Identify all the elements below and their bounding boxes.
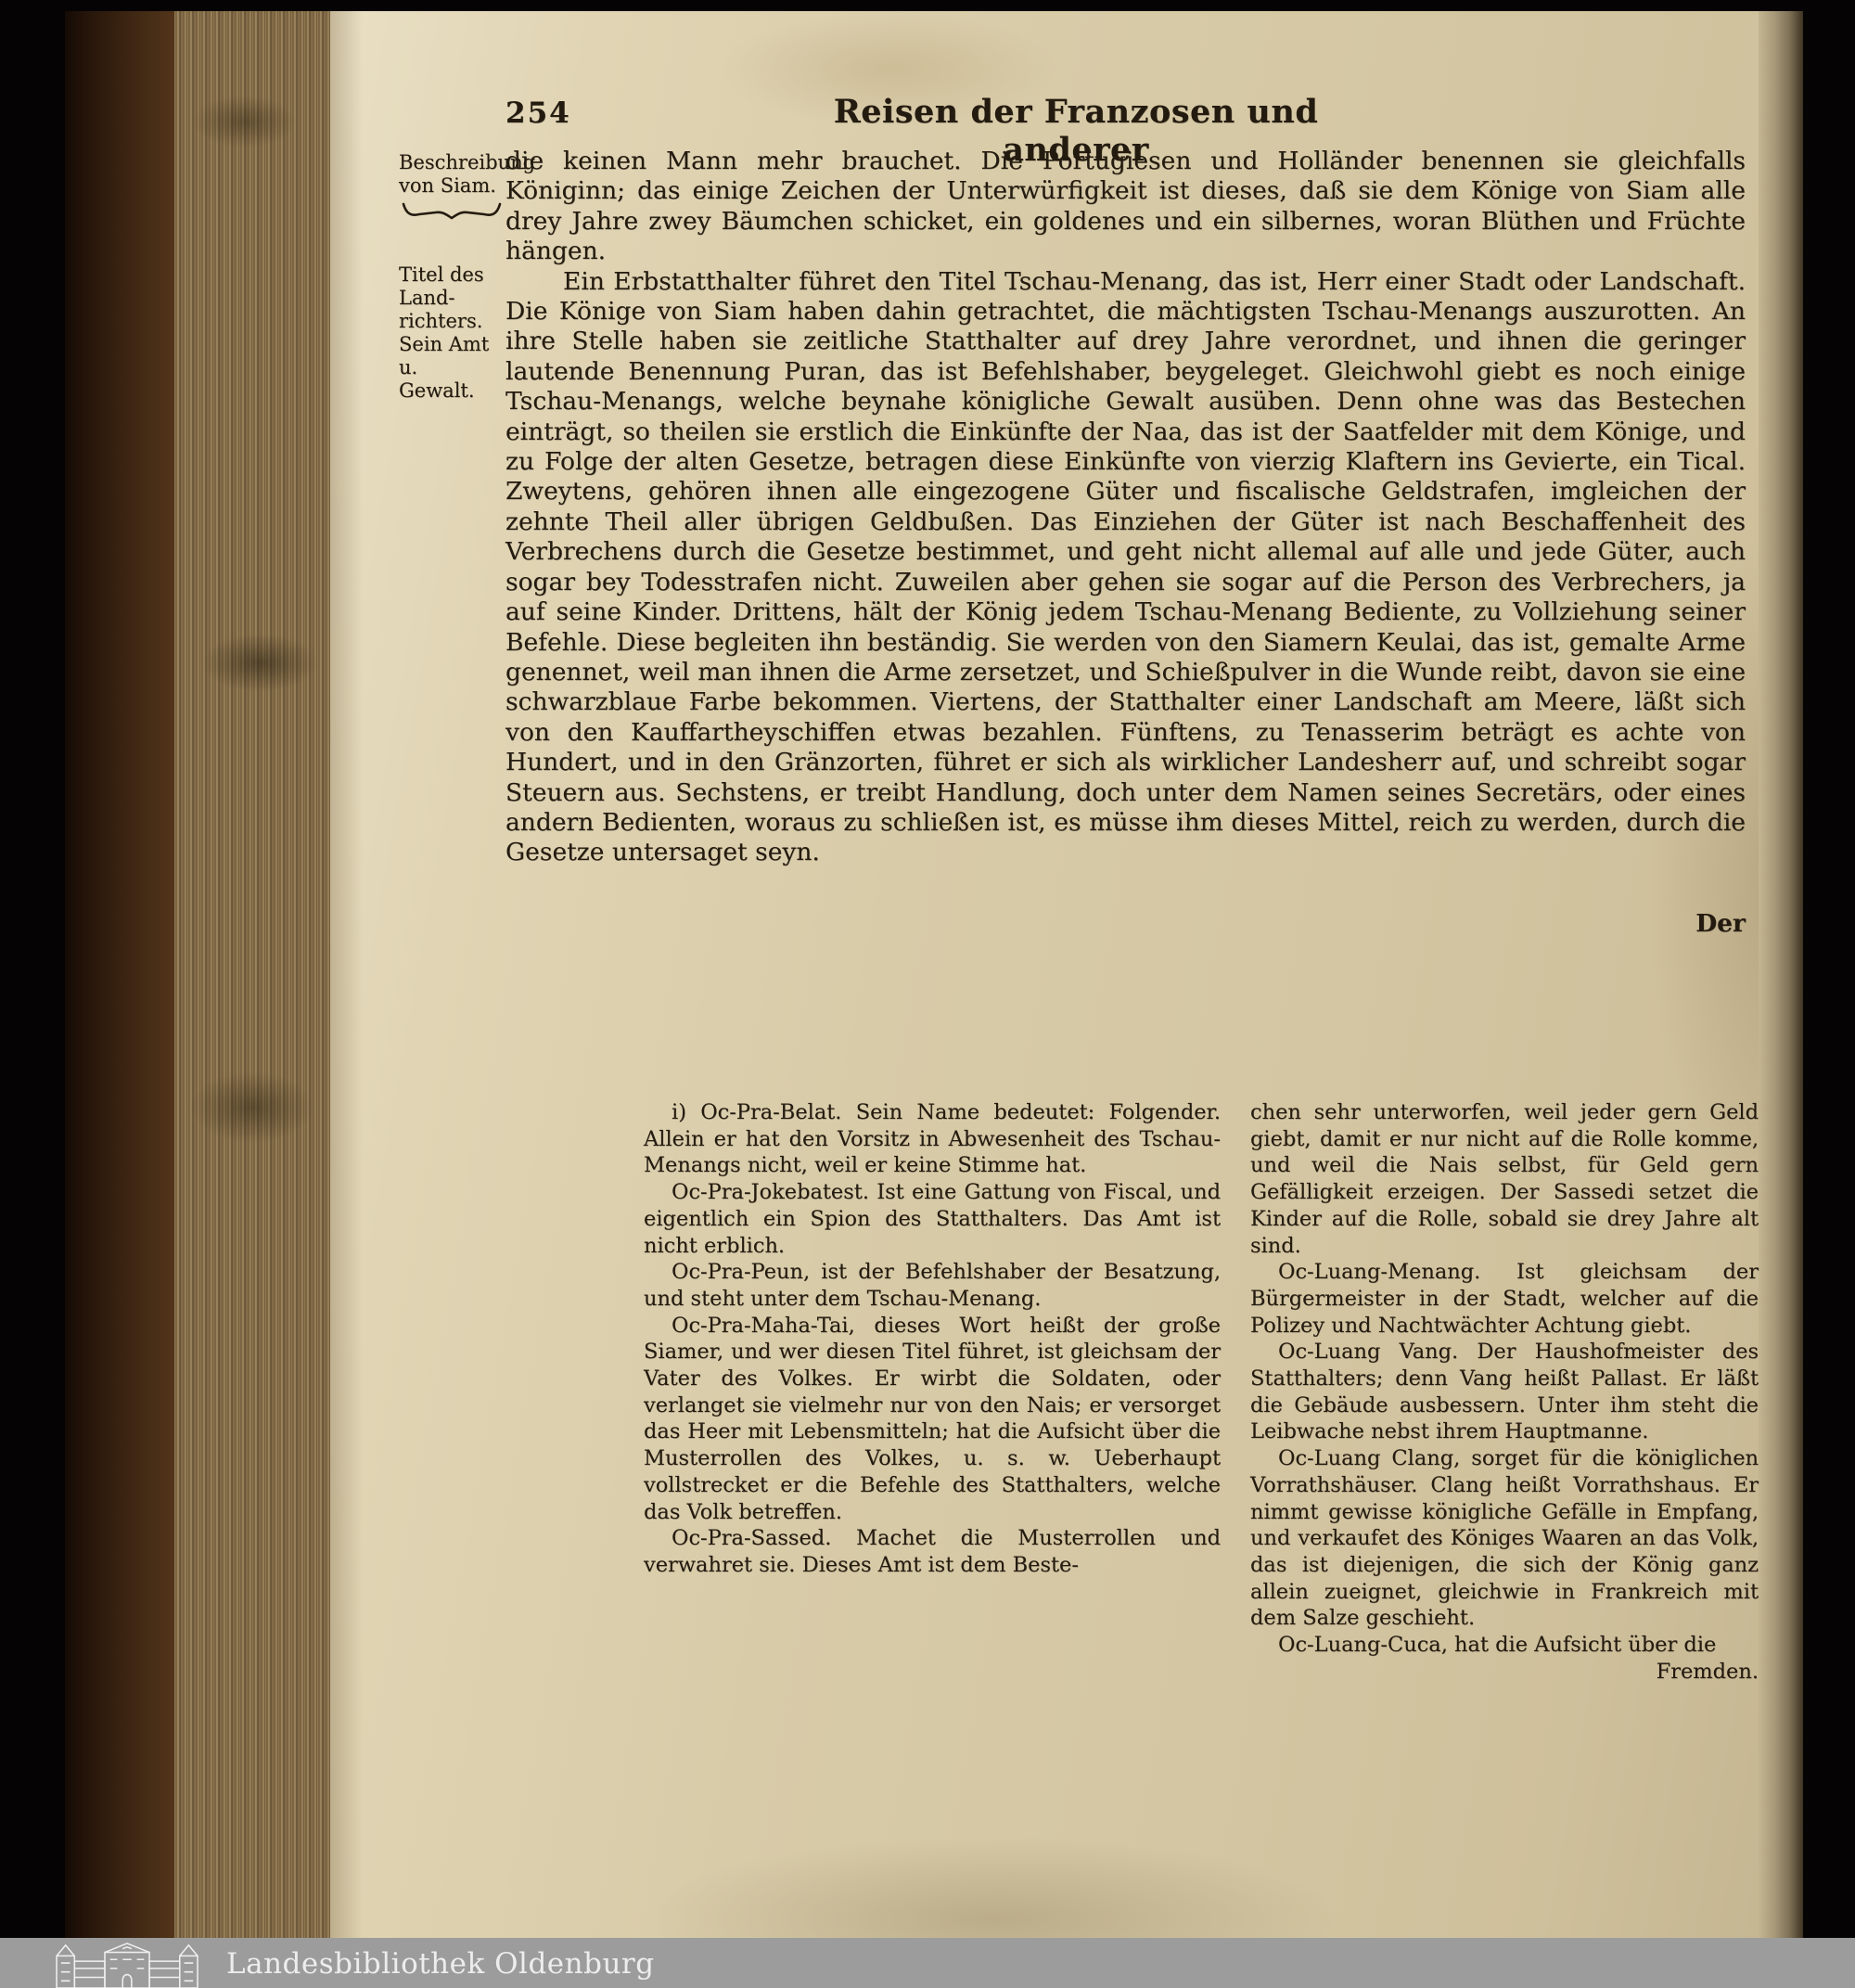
footnote-oc-luang-clang: Oc-Luang Clang, sorget für die königlich… — [1250, 1445, 1759, 1632]
page-right-edge-shadow — [1759, 11, 1803, 1939]
footnote-oc-luang-cuca: Oc-Luang-Cuca, hat die Aufsicht über die — [1250, 1632, 1759, 1659]
margin-note-titel-des-landrichters: Titel des Land- richters. Sein Amt u. Ge… — [399, 263, 512, 403]
book-page-fore-edge — [174, 6, 330, 1939]
footnote-oc-pra-maha-tai: Oc-Pra-Maha-Tai, dieses Wort heißt der g… — [644, 1313, 1221, 1526]
footnote-oc-pra-jokebatest: Oc-Pra-Jokebatest. Ist eine Gattung von … — [644, 1179, 1221, 1259]
footnote-column-left: i) Oc-Pra-Belat. Sein Name bedeutet: Fol… — [644, 1099, 1221, 1579]
footnote-oc-luang-vang: Oc-Luang Vang. Der Haushofmeister des St… — [1250, 1339, 1759, 1445]
book-scan-page: { "colors": { "background": "#060304", "… — [0, 0, 1855, 1988]
footnote-continuation: chen sehr unterworfen, weil jeder gern G… — [1250, 1099, 1759, 1259]
book-spine-leather — [65, 0, 174, 1939]
library-name-label: Landesbibliothek Oldenburg — [226, 1947, 655, 1981]
paragraph-erbstatthalter: Ein Erbstatthalter führet den Titel Tsch… — [505, 267, 1746, 868]
library-building-icon — [48, 1942, 208, 1988]
margin-note-divider-squiggle — [399, 200, 505, 223]
footnote-last-line: Fremden. — [1250, 1659, 1759, 1686]
footnote-oc-pra-belat: i) Oc-Pra-Belat. Sein Name bedeutet: Fol… — [644, 1099, 1221, 1179]
library-footer-bar: Landesbibliothek Oldenburg — [0, 1938, 1855, 1988]
scan-top-border — [0, 0, 1855, 11]
paragraph-continuation: die keinen Mann mehr brauchet. Die Portu… — [505, 147, 1746, 267]
footnote-oc-luang-menang: Oc-Luang-Menang. Ist gleichsam der Bürge… — [1250, 1259, 1759, 1339]
footnote-oc-pra-sassed: Oc-Pra-Sassed. Machet die Musterrollen u… — [644, 1525, 1221, 1578]
footnote-oc-pra-peun: Oc-Pra-Peun, ist der Befehlshaber der Be… — [644, 1259, 1221, 1312]
scan-right-border — [1803, 0, 1855, 1939]
main-text-block: die keinen Mann mehr brauchet. Die Portu… — [505, 147, 1746, 868]
catchword: Der — [505, 909, 1746, 938]
margin-note-beschreibung-von-siam: Beschreibung von Siam. — [399, 151, 512, 198]
footnote-column-right: chen sehr unterworfen, weil jeder gern G… — [1250, 1099, 1759, 1685]
page-number: 254 — [505, 96, 571, 130]
